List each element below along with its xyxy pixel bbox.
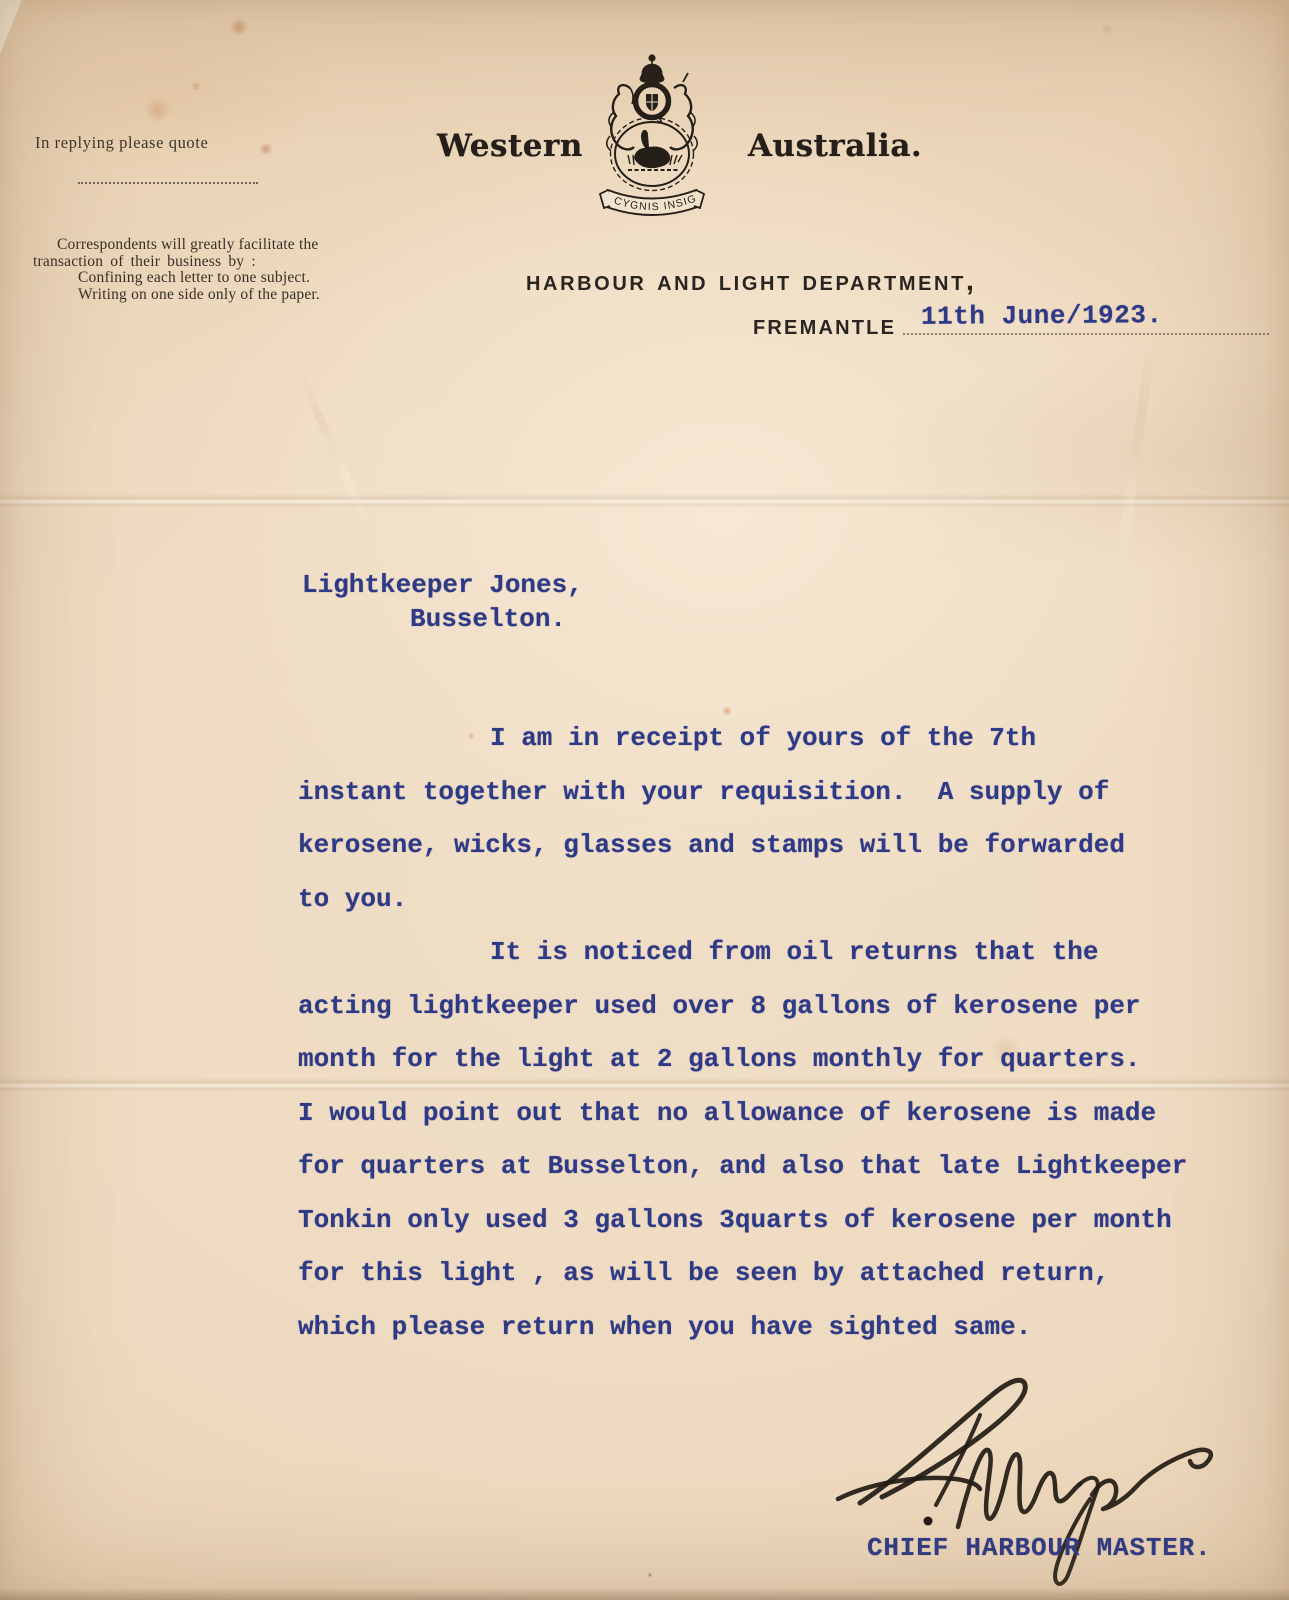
text-line: I am in receipt of yours of the 7th <box>298 712 1198 766</box>
text-line: acting lightkeeper used over 8 gallons o… <box>298 980 1198 1034</box>
text-line: month for the light at 2 gallons monthly… <box>298 1033 1198 1087</box>
bottom-edge-shadow <box>0 1588 1289 1600</box>
letter-date: 11th June/1923. <box>921 300 1163 332</box>
fold-crease-top <box>0 494 1289 508</box>
reply-note: In replying please quote <box>35 133 208 153</box>
department-name: Harbour and Light Department, <box>526 265 977 298</box>
correspondents-notice: Correspondents will greatly facilitate t… <box>33 237 385 303</box>
text-line: Confining each letter to one subject. <box>78 270 385 287</box>
text-line: for this light , as will be seen by atta… <box>298 1247 1198 1301</box>
coat-of-arms-icon: CYGNIS INSIGNIS <box>586 52 718 222</box>
text-line: which please return when you have sighte… <box>298 1301 1198 1355</box>
text-line: instant together with your requisition. … <box>298 766 1198 820</box>
signatory-title: CHIEF HARBOUR MASTER. <box>867 1533 1211 1563</box>
text-line: transaction of their business by : <box>33 254 385 271</box>
text-line: Correspondents will greatly facilitate t… <box>57 237 385 254</box>
text-line: for quarters at Busselton, and also that… <box>298 1140 1198 1194</box>
letter-page: In replying please quote Correspondents … <box>0 0 1289 1600</box>
text-line: It is noticed from oil returns that the <box>298 926 1198 980</box>
text-line: I would point out that no allowance of k… <box>298 1087 1198 1141</box>
text-line: Writing on one side only of the paper. <box>78 287 385 304</box>
place-name: Fremantle <box>753 309 896 341</box>
text-line: Lightkeeper Jones, <box>302 568 583 602</box>
wrinkle-crease <box>294 366 375 534</box>
date-dotted-line <box>903 329 1269 335</box>
reference-dotted-line <box>78 178 258 184</box>
state-name-western: Western <box>437 128 583 164</box>
state-name-australia: Australia. <box>748 128 922 164</box>
wrinkle-crease <box>1112 331 1158 590</box>
letter-body: I am in receipt of yours of the 7thinsta… <box>298 712 1198 1354</box>
torn-corner <box>0 0 30 64</box>
text-line: Busselton. <box>410 602 583 636</box>
signature-script <box>830 1375 1230 1597</box>
text-line: to you. <box>298 873 1198 927</box>
text-line: kerosene, wicks, glasses and stamps will… <box>298 819 1198 873</box>
text-line: Tonkin only used 3 gallons 3quarts of ke… <box>298 1194 1198 1248</box>
recipient-address: Lightkeeper Jones,Busselton. <box>302 568 583 636</box>
